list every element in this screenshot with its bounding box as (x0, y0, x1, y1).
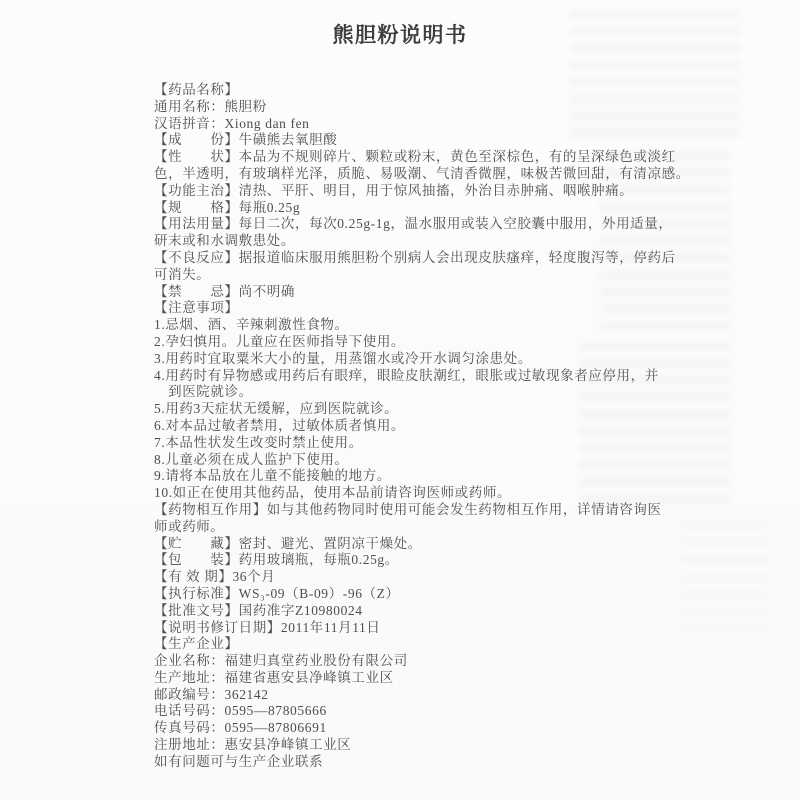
text-line: 【用法用量】每日二次，每次0.25g-1g，温水服用或装入空胶囊中服用，外用适量… (154, 216, 676, 233)
text-line: 研末或和水调敷患处。 (154, 233, 676, 250)
text-line: 【说明书修订日期】2011年11月11日 (154, 620, 676, 637)
text-line: 【性 状】本品为不规则碎片、颗粒或粉末，黄色至深棕色，有的呈深绿色或淡红 (154, 149, 676, 166)
text-line: 【批准文号】国药准字Z10980024 (154, 603, 676, 620)
leaflet-page: 熊胆粉说明书 【药品名称】通用名称：熊胆粉汉语拼音：Xiong dan fen【… (0, 0, 800, 800)
text-line: 9.请将本品放在儿童不能接触的地方。 (154, 468, 676, 485)
text-line: 电话号码：0595—87805666 (154, 703, 676, 720)
text-line: 10.如正在使用其他药品，使用本品前请咨询医师或药师。 (154, 485, 676, 502)
text-line: 1.忌烟、酒、辛辣刺激性食物。 (154, 317, 676, 334)
text-line: 汉语拼音：Xiong dan fen (154, 116, 676, 133)
text-line: 3.用药时宜取粟米大小的量，用蒸馏水或冷开水调匀涂患处。 (154, 351, 676, 368)
text-line: 【不良反应】据报道临床服用熊胆粉个别病人会出现皮肤瘙痒，轻度腹泻等，停药后 (154, 250, 676, 267)
text-line: 【注意事项】 (154, 300, 676, 317)
text-line: 【禁 忌】尚不明确 (154, 284, 676, 301)
text-line: 色，半透明，有玻璃样光泽，质脆、易吸潮、气清香微腥，味极苦微回甜，有清凉感。 (154, 166, 676, 183)
document-body: 【药品名称】通用名称：熊胆粉汉语拼音：Xiong dan fen【成 份】牛磺熊… (154, 82, 676, 771)
text-line: 可消失。 (154, 267, 676, 284)
text-line: 【药品名称】 (154, 82, 676, 99)
text-line: 【生产企业】 (154, 636, 676, 653)
text-line: 企业名称：福建归真堂药业股份有限公司 (154, 653, 676, 670)
text-line: 【贮 藏】密封、避光、置阴凉干燥处。 (154, 536, 676, 553)
text-line: 通用名称：熊胆粉 (154, 99, 676, 116)
paper-showthrough (680, 520, 770, 640)
text-line: 到医院就诊。 (154, 384, 676, 401)
text-line: 【执行标准】WS₃-09（B-09）-96（Z） (154, 586, 676, 603)
text-line: 6.对本品过敏者禁用，过敏体质者慎用。 (154, 418, 676, 435)
text-line: 7.本品性状发生改变时禁止使用。 (154, 435, 676, 452)
text-line: 邮政编号：362142 (154, 687, 676, 704)
text-line: 【有 效 期】36个月 (154, 569, 676, 586)
text-line: 【成 份】牛磺熊去氧胆酸 (154, 132, 676, 149)
text-line: 5.用药3天症状无缓解，应到医院就诊。 (154, 401, 676, 418)
text-line: 4.用药时有异物感或用药后有眼痒，眼睑皮肤潮红，眼胀或过敏现象者应停用，并 (154, 368, 676, 385)
text-line: 传真号码：0595—87806691 (154, 720, 676, 737)
text-line: 师或药师。 (154, 519, 676, 536)
text-line: 8.儿童必须在成人监护下使用。 (154, 452, 676, 469)
text-line: 【功能主治】清热、平肝、明目，用于惊风抽搐，外治目赤肿痛、咽喉肿痛。 (154, 183, 676, 200)
text-line: 2.孕妇慎用。儿童应在医师指导下使用。 (154, 334, 676, 351)
text-line: 【药物相互作用】如与其他药物同时使用可能会发生药物相互作用，详情请咨询医 (154, 502, 676, 519)
text-line: 注册地址：惠安县净峰镇工业区 (154, 737, 676, 754)
text-line: 生产地址：福建省惠安县净峰镇工业区 (154, 670, 676, 687)
page-title: 熊胆粉说明书 (0, 19, 800, 49)
text-line: 如有问题可与生产企业联系 (154, 754, 676, 771)
text-line: 【包 装】药用玻璃瓶，每瓶0.25g。 (154, 552, 676, 569)
text-line: 【规 格】每瓶0.25g (154, 200, 676, 217)
